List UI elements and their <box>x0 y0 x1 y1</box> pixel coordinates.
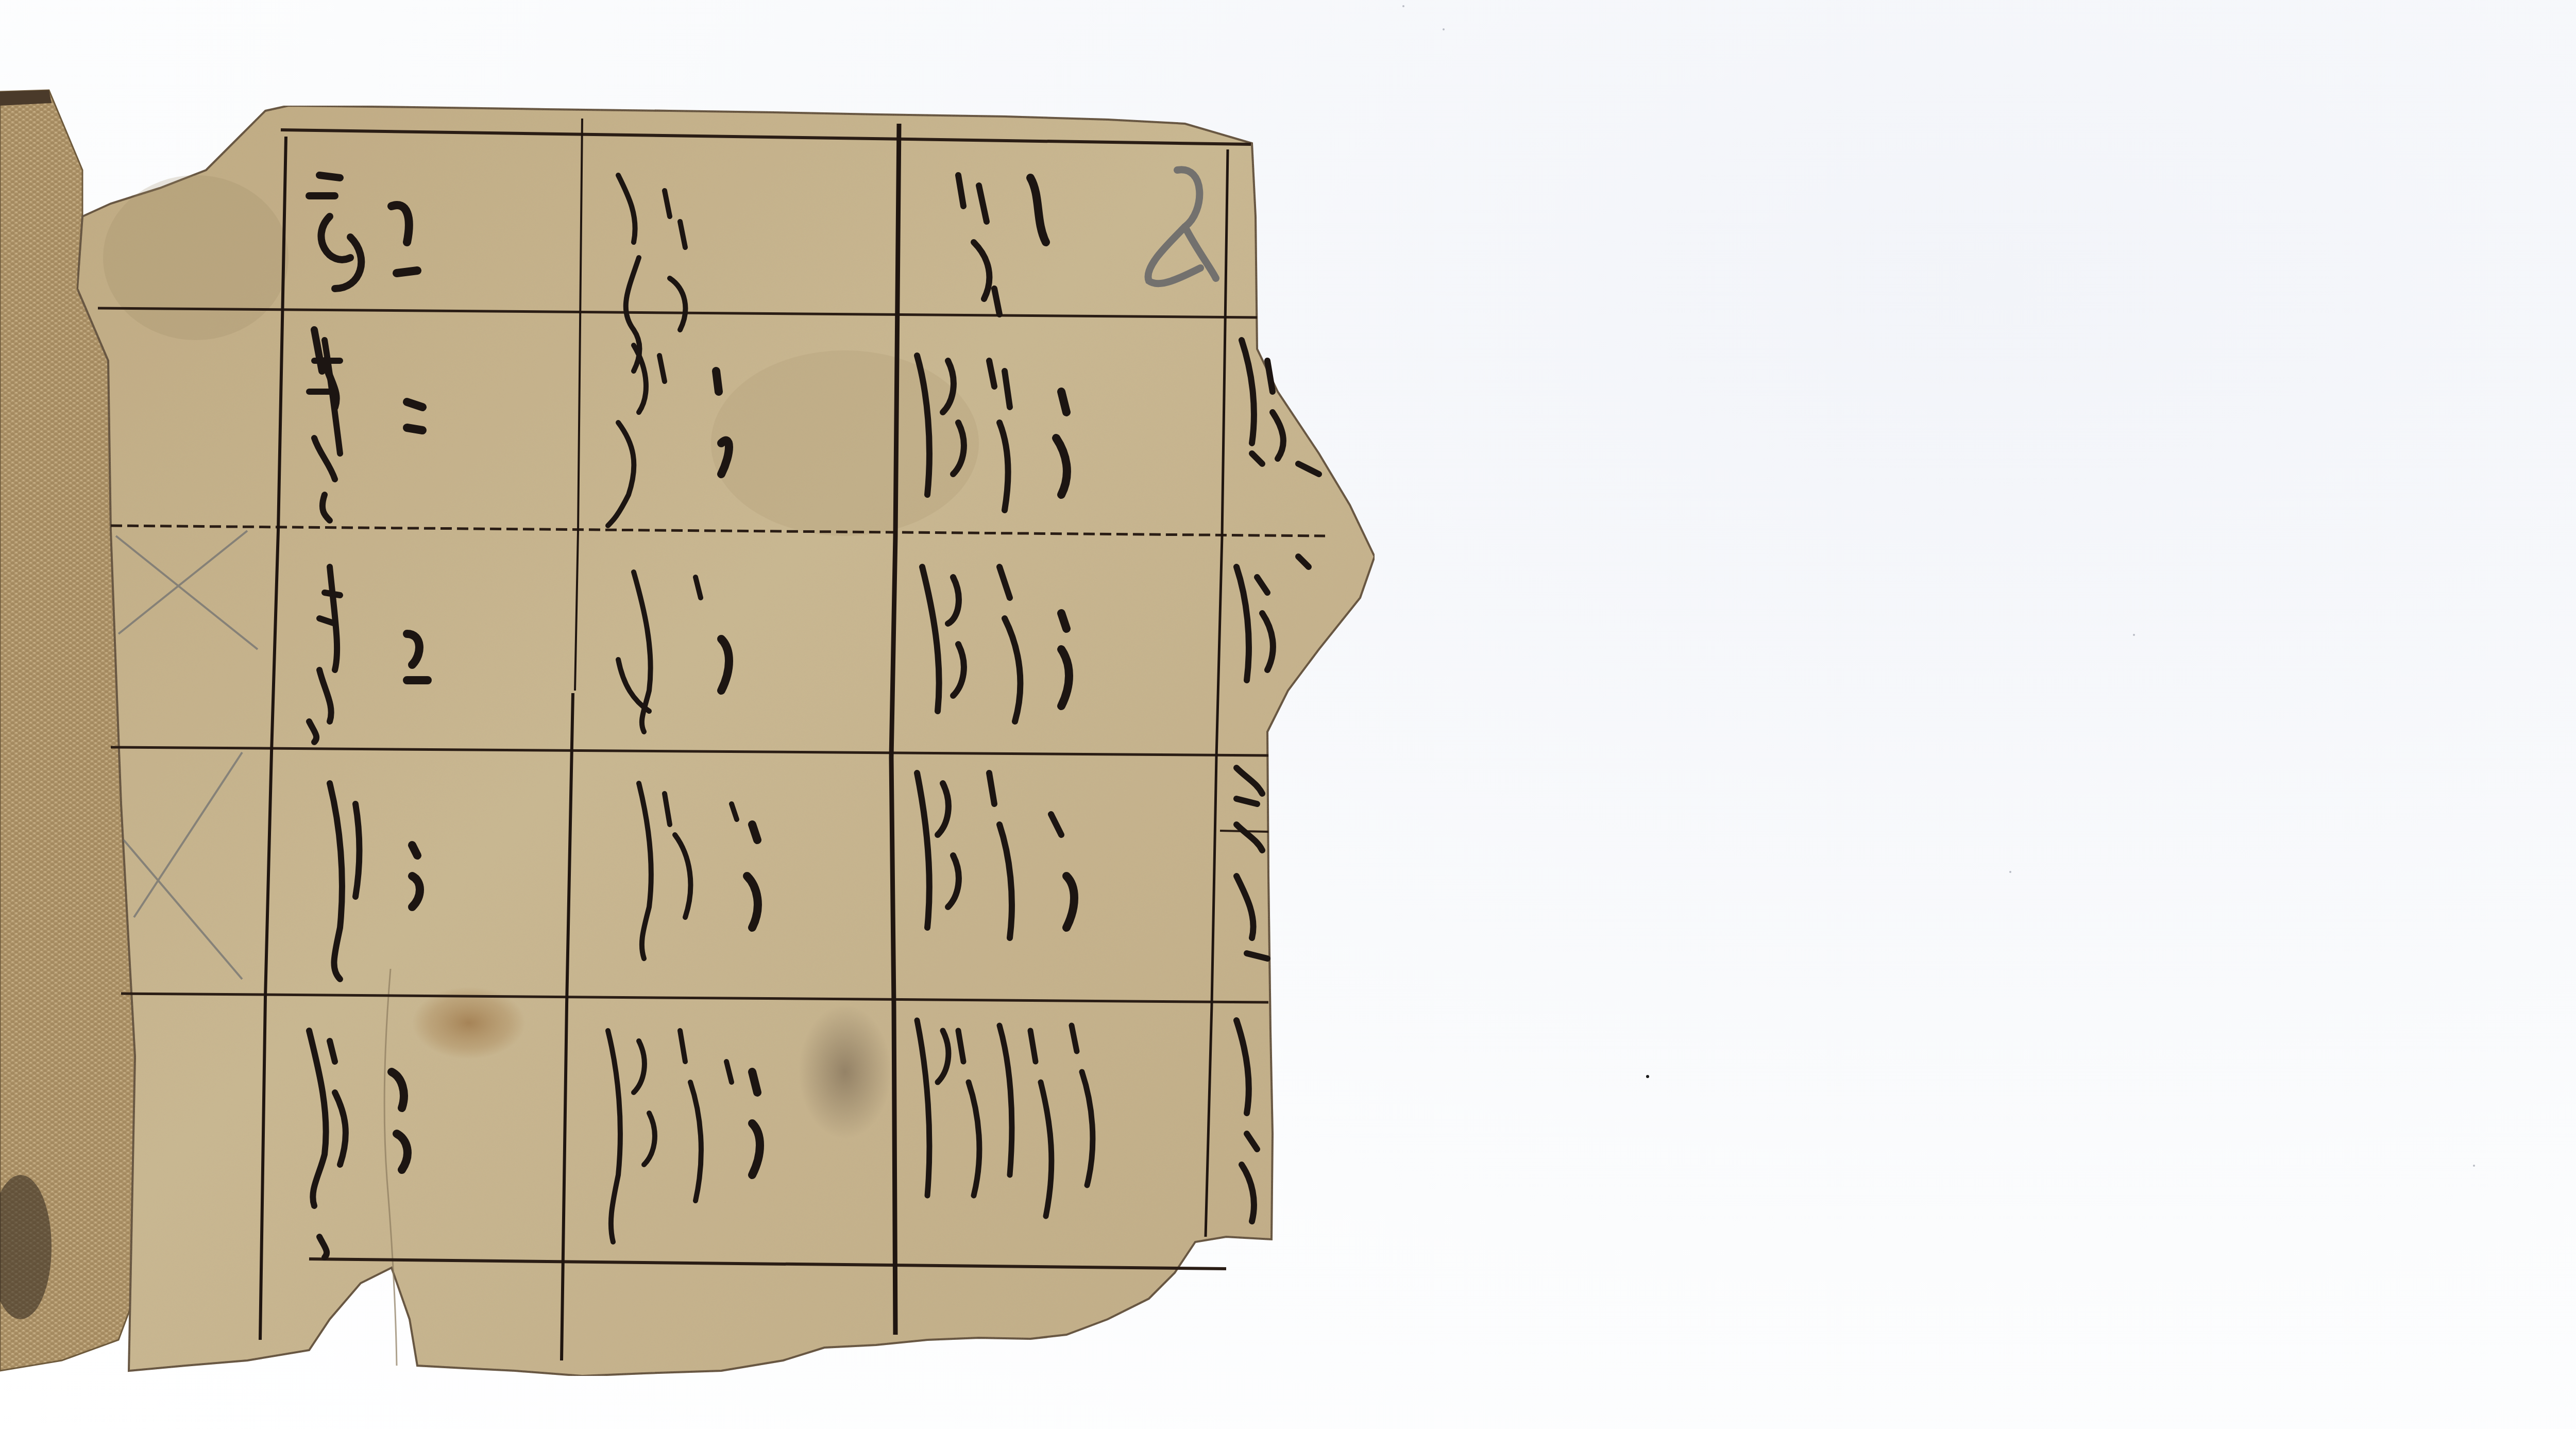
manuscript-scan <box>0 0 2576 1429</box>
dirt-smudge <box>799 1005 891 1139</box>
faded-area <box>711 350 979 536</box>
dirt-smudge <box>103 175 289 340</box>
